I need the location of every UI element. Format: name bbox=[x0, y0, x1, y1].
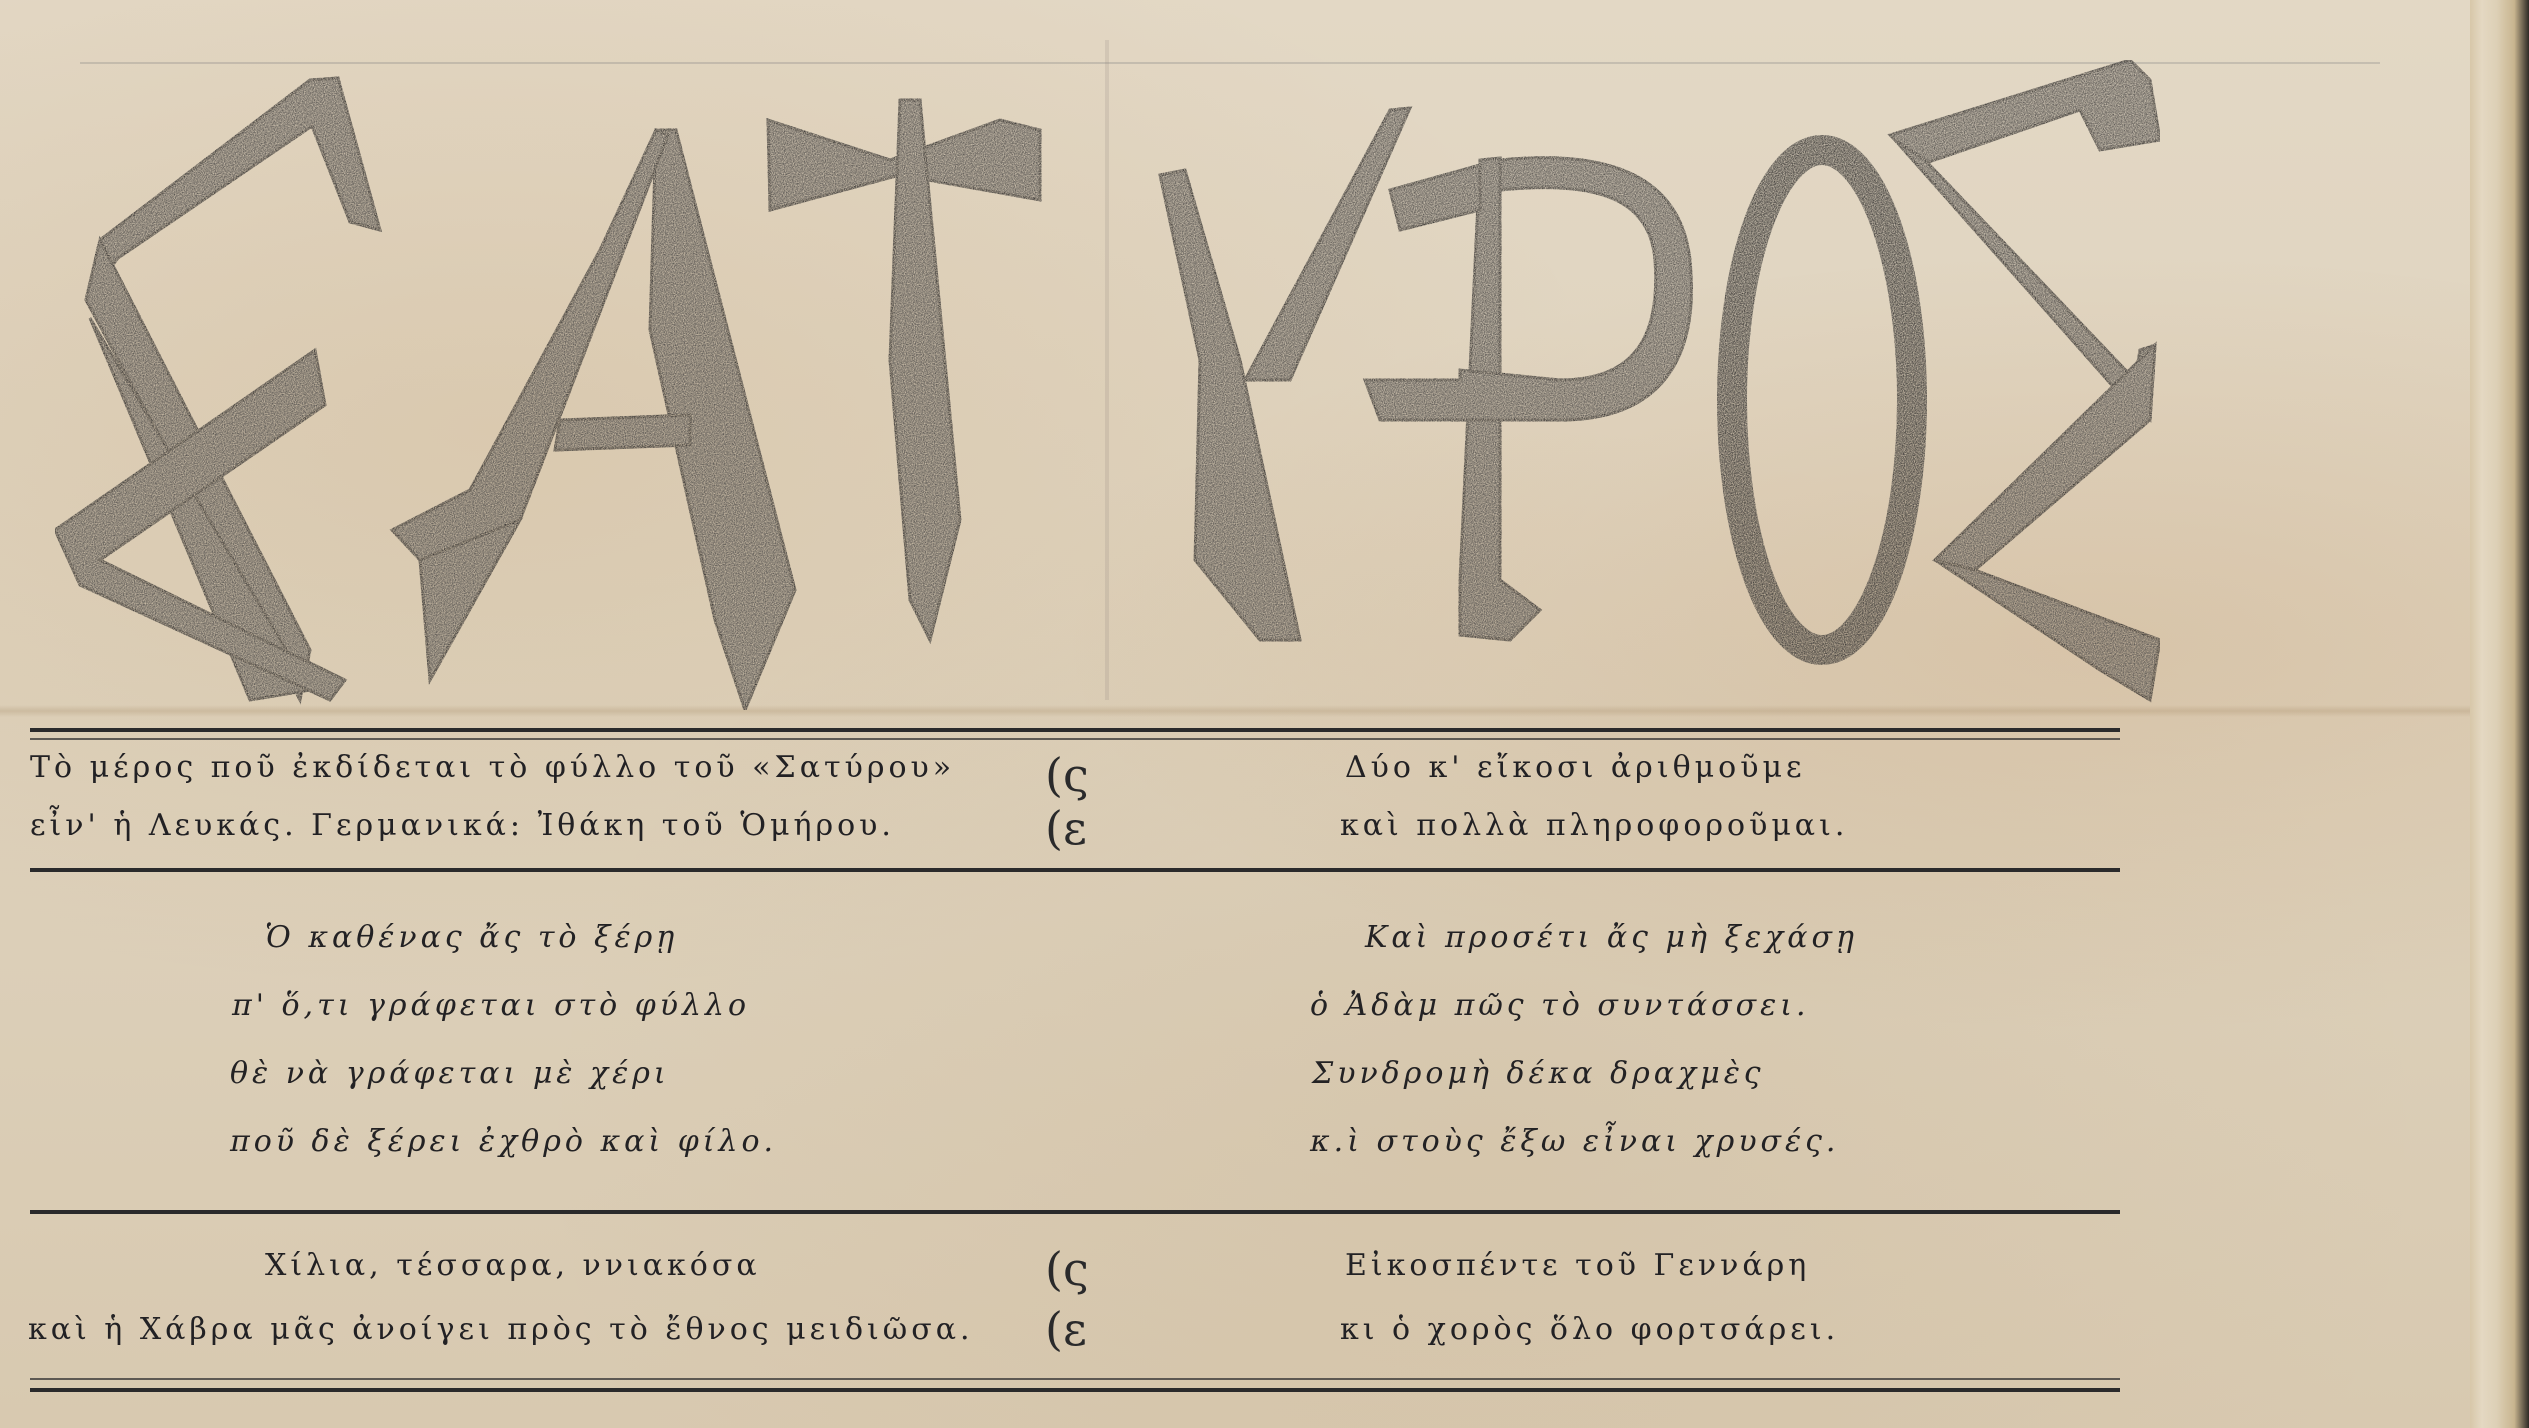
letter-alpha bbox=[392, 130, 795, 710]
verse-left-line-3: θὲ νὰ γράφεται μὲ χέρι bbox=[230, 1056, 670, 1091]
header-right-line-2: καὶ πολλὰ πληροφοροῦμαι. bbox=[1340, 808, 1848, 843]
masthead-lettering bbox=[0, 0, 2470, 720]
header-left-line-2: εἶν' ἡ Λευκάς. Γερμανικά: Ἰθάκη τοῦ Ὁμήρ… bbox=[30, 808, 895, 843]
bottom-double-rule-bottom bbox=[30, 1388, 2120, 1392]
verse-left-line-4: ποῦ δὲ ξέρει ἐχθρὸ καὶ φίλο. bbox=[230, 1124, 777, 1159]
verse-block-bottom-rule bbox=[30, 1210, 2120, 1214]
letter-upsilon bbox=[1160, 108, 1410, 640]
date-left-line-1: Χίλια, τέσσαρα, ννιακόσα bbox=[265, 1248, 761, 1283]
verse-right-line-2: ὁ Ἀδὰμ πῶς τὸ συντάσσει. bbox=[1310, 988, 1810, 1023]
masthead-double-rule-top bbox=[30, 728, 2120, 732]
masthead: ΣΑΤΥΡΟΣ bbox=[0, 0, 2470, 720]
verse-right-line-1: Καὶ προσέτι ἄς μὴ ξεχάσῃ bbox=[1365, 920, 1858, 955]
bottom-double-rule-top bbox=[30, 1378, 2120, 1380]
date-left-line-2: καὶ ἡ Χάβρα μᾶς ἀνοίγει πρὸς τὸ ἔθνος με… bbox=[28, 1312, 974, 1347]
masthead-double-rule-bottom bbox=[30, 738, 2120, 740]
header-left-line-1: Τὸ μέρος ποῦ ἐκδίδεται τὸ φύλλο τοῦ «Σατ… bbox=[30, 750, 955, 785]
letter-phi-rho bbox=[1365, 158, 1691, 640]
ornament-bracket-icon: (ς bbox=[1045, 1246, 1089, 1292]
letter-sigma-1 bbox=[55, 78, 380, 700]
verse-left-line-2: π' ὅ,τι γράφεται στὸ φύλλο bbox=[232, 988, 750, 1023]
verse-right-line-4: κ.ὶ στοὺς ἔξω εἶναι χρυσές. bbox=[1310, 1124, 1839, 1159]
date-right-line-2: κι ὁ χορὸς ὅλο φορτσάρει. bbox=[1340, 1312, 1839, 1347]
header-right-line-1: Δύο κ' εἴκοσι ἀριθμοῦμε bbox=[1345, 750, 1805, 785]
ornament-bracket-icon: (ε bbox=[1045, 805, 1087, 851]
date-right-line-1: Εἰκοσπέντε τοῦ Γεννάρη bbox=[1345, 1248, 1810, 1283]
page-edge-binding bbox=[2470, 0, 2529, 1428]
letter-omicron bbox=[1732, 150, 1912, 650]
verse-left-line-1: Ὁ καθένας ἄς τὸ ξέρῃ bbox=[265, 920, 678, 955]
newspaper-page: ΣΑΤΥΡΟΣ bbox=[0, 0, 2470, 1428]
verse-right-line-3: Συνδρομὴ δέκα δραχμὲς bbox=[1312, 1056, 1765, 1091]
ornament-bracket-icon: (ε bbox=[1045, 1306, 1087, 1352]
header-band-bottom-rule bbox=[30, 868, 2120, 872]
letter-sigma-2 bbox=[1890, 60, 2160, 700]
letter-tau bbox=[768, 100, 1040, 640]
ornament-bracket-icon: (ς bbox=[1045, 752, 1089, 798]
